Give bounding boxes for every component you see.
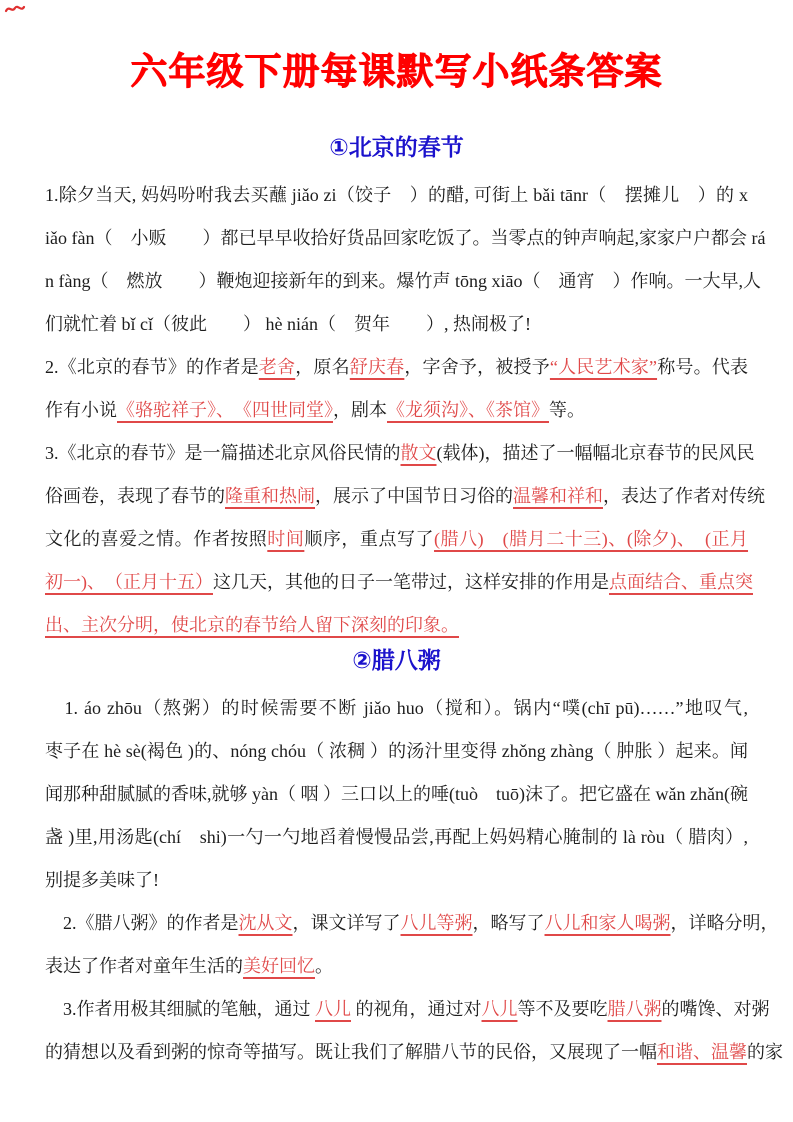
text-line: 3.《北京的春节》是一篇描述北京风俗民情的散文(载体)，描述了一幅幅北京春节的民… bbox=[45, 432, 748, 475]
text-line: 别提多美味了! bbox=[45, 859, 748, 902]
text-line: 出、主次分明，使北京的春节给人留下深刻的印象。 bbox=[45, 604, 748, 647]
body-text: ，略写了 bbox=[473, 913, 545, 933]
answer-text: 八儿和家人喝粥 bbox=[545, 913, 671, 933]
text-line: 表达了作者对童年生活的美好回忆。 bbox=[45, 945, 748, 988]
body-text: 俗画卷，表现了春节的 bbox=[45, 486, 225, 506]
answer-text: 隆重和热闹 bbox=[225, 486, 315, 506]
body-text: 的猜想以及看到粥的惊奇等描写。既让我们了解腊八节的民俗，又展现了一幅 bbox=[45, 1042, 657, 1062]
section-heading: ①北京的春节 bbox=[45, 134, 748, 160]
body-text: n fàng（ 燃放 ）鞭炮迎接新年的到来。爆竹声 tōng xiāo（ 通宵 … bbox=[45, 271, 761, 291]
answer-text: 八儿 bbox=[482, 999, 518, 1019]
body-text: 等不及要吃 bbox=[518, 999, 608, 1019]
body-text: ，字舍予，被授予 bbox=[404, 357, 550, 377]
text-line: 闻那种甜腻腻的香味,就够 yàn（ 咽 ）三口以上的唾(tuò tuō)沫了。把… bbox=[45, 773, 748, 816]
body-text: 称号。代表 bbox=[657, 357, 748, 377]
text-line: 文化的喜爱之情。作者按照时间顺序，重点写了(腊八) (腊月二十三)、(除夕)、 … bbox=[45, 518, 748, 561]
paragraph: 2.《腊八粥》的作者是沈从文，课文详写了八儿等粥，略写了八儿和家人喝粥，详略分明… bbox=[45, 902, 748, 988]
answer-text: 《骆驼祥子》、 《四世同堂》 bbox=[117, 400, 333, 420]
body-text: 们就忙着 bǐ cǐ（彼此 ） hè nián（ 贺年 ）, 热闹极了! bbox=[45, 314, 531, 334]
answer-text: 温馨和祥和 bbox=[513, 486, 603, 506]
section-heading: ②腊八粥 bbox=[45, 647, 748, 673]
body-text: 的嘴馋、对粥 bbox=[662, 999, 770, 1019]
paragraph: 1.除夕当天, 妈妈吩咐我去买蘸 jiǎo zi（饺子 ）的醋, 可街上 bǎi… bbox=[45, 174, 748, 346]
body-text: 的视角，通过对 bbox=[351, 999, 482, 1019]
paragraph: 1. áo zhōu（熬粥）的时候需要不断 jiǎo huo（搅和）。锅内“噗(… bbox=[45, 687, 748, 902]
paragraph: 3.《北京的春节》是一篇描述北京风俗民情的散文(载体)，描述了一幅幅北京春节的民… bbox=[45, 432, 748, 647]
red-scribble-mark bbox=[4, 2, 26, 16]
answer-text: 腊八粥 bbox=[608, 999, 662, 1019]
text-line: 初一)、 （正月十五）这几天，其他的日子一笔带过，这样安排的作用是点面结合、重点… bbox=[45, 561, 748, 604]
body-text: 2.《腊八粥》的作者是 bbox=[45, 913, 239, 933]
body-text: ，原名 bbox=[295, 357, 350, 377]
body-text: 表达了作者对童年生活的 bbox=[45, 956, 243, 976]
paragraph: 2.《北京的春节》的作者是老舍，原名舒庆春，字舍予，被授予“人民艺术家”称号。代… bbox=[45, 346, 748, 432]
answer-text: (腊八) (腊月二十三)、(除夕)、 (正月 bbox=[434, 529, 748, 549]
body-text: 文化的喜爱之情。作者按照 bbox=[45, 529, 267, 549]
answer-text: 八儿等粥 bbox=[401, 913, 473, 933]
body-text: iǎo fàn（ 小贩 ）都已早早收拾好货品回家吃饭了。当零点的钟声响起,家家户… bbox=[45, 228, 765, 248]
text-line: 2.《北京的春节》的作者是老舍，原名舒庆春，字舍予，被授予“人民艺术家”称号。代… bbox=[45, 346, 748, 389]
text-line: 2.《腊八粥》的作者是沈从文，课文详写了八儿等粥，略写了八儿和家人喝粥，详略分明… bbox=[45, 902, 748, 945]
body-text: 。 bbox=[315, 956, 333, 976]
text-line: 作有小说《骆驼祥子》、 《四世同堂》，剧本《龙须沟》、《茶馆》等。 bbox=[45, 389, 748, 432]
text-line: 的猜想以及看到粥的惊奇等描写。既让我们了解腊八节的民俗，又展现了一幅和谐、温馨的… bbox=[45, 1031, 748, 1074]
answer-text: 八儿 bbox=[315, 999, 351, 1019]
body-text: ，课文详写了 bbox=[293, 913, 401, 933]
body-text: 盏 )里,用汤匙(chí shi)一勺一勺地舀着慢慢品尝,再配上妈妈精心腌制的 … bbox=[45, 827, 748, 847]
text-line: 盏 )里,用汤匙(chí shi)一勺一勺地舀着慢慢品尝,再配上妈妈精心腌制的 … bbox=[45, 816, 748, 859]
text-line: 枣子在 hè sè(褐色 )的、nóng chóu（ 浓稠 ）的汤汁里变得 zh… bbox=[45, 730, 748, 773]
answer-text: 初一)、 （正月十五） bbox=[45, 572, 213, 592]
body-text: 作有小说 bbox=[45, 400, 117, 420]
answer-text: 点面结合、重点突 bbox=[609, 572, 753, 592]
answer-text: 时间 bbox=[267, 529, 304, 549]
answer-text: 和谐、温馨 bbox=[657, 1042, 747, 1062]
answer-text: 《龙须沟》、《茶馆》 bbox=[387, 400, 549, 420]
body-text: ，表达了作者对传统 bbox=[603, 486, 765, 506]
text-line: 1. áo zhōu（熬粥）的时候需要不断 jiǎo huo（搅和）。锅内“噗(… bbox=[45, 687, 748, 730]
paragraph: 3.作者用极其细腻的笔触，通过 八儿 的视角，通过对八儿等不及要吃腊八粥的嘴馋、… bbox=[45, 988, 748, 1074]
answer-text: 沈从文 bbox=[239, 913, 293, 933]
body-text: 1. áo zhōu（熬粥）的时候需要不断 jiǎo huo（搅和）。锅内“噗(… bbox=[45, 698, 748, 718]
body-text: 这几天，其他的日子一笔带过，这样安排的作用是 bbox=[213, 572, 609, 592]
body-text: (载体)，描述了一幅幅北京春节的民风民 bbox=[437, 443, 755, 463]
answer-text: 散文 bbox=[401, 443, 437, 463]
body-text: 顺序，重点写了 bbox=[304, 529, 434, 549]
answer-text: “人民艺术家” bbox=[550, 357, 657, 377]
body-text: 3.作者用极其细腻的笔触，通过 bbox=[45, 999, 315, 1019]
text-line: 俗画卷，表现了春节的隆重和热闹，展示了中国节日习俗的温馨和祥和，表达了作者对传统 bbox=[45, 475, 748, 518]
body-text: ，剧本 bbox=[333, 400, 387, 420]
document-page: 六年级下册每课默写小纸条答案 ①北京的春节1.除夕当天, 妈妈吩咐我去买蘸 ji… bbox=[0, 0, 793, 1122]
body-text: ，展示了中国节日习俗的 bbox=[315, 486, 513, 506]
body-text: 枣子在 hè sè(褐色 )的、nóng chóu（ 浓稠 ）的汤汁里变得 zh… bbox=[45, 741, 748, 761]
text-line: 们就忙着 bǐ cǐ（彼此 ） hè nián（ 贺年 ）, 热闹极了! bbox=[45, 303, 748, 346]
text-line: n fàng（ 燃放 ）鞭炮迎接新年的到来。爆竹声 tōng xiāo（ 通宵 … bbox=[45, 260, 748, 303]
text-line: iǎo fàn（ 小贩 ）都已早早收拾好货品回家吃饭了。当零点的钟声响起,家家户… bbox=[45, 217, 748, 260]
body-text: 等。 bbox=[549, 400, 585, 420]
answer-text: 美好回忆 bbox=[243, 956, 315, 976]
body-text: 1.除夕当天, 妈妈吩咐我去买蘸 jiǎo zi（饺子 ）的醋, 可街上 bǎi… bbox=[45, 185, 748, 205]
body-text: 别提多美味了! bbox=[45, 870, 159, 890]
body-text: 的家 bbox=[747, 1042, 783, 1062]
page-title: 六年级下册每课默写小纸条答案 bbox=[45, 50, 748, 94]
text-line: 3.作者用极其细腻的笔触，通过 八儿 的视角，通过对八儿等不及要吃腊八粥的嘴馋、… bbox=[45, 988, 748, 1031]
answer-text: 出、主次分明，使北京的春节给人留下深刻的印象。 bbox=[45, 615, 459, 635]
body-text: ，详略分明， bbox=[671, 913, 779, 933]
answer-text: 老舍 bbox=[259, 357, 295, 377]
document-body: ①北京的春节1.除夕当天, 妈妈吩咐我去买蘸 jiǎo zi（饺子 ）的醋, 可… bbox=[45, 134, 748, 1074]
answer-text: 舒庆春 bbox=[350, 357, 405, 377]
text-line: 1.除夕当天, 妈妈吩咐我去买蘸 jiǎo zi（饺子 ）的醋, 可街上 bǎi… bbox=[45, 174, 748, 217]
body-text: 闻那种甜腻腻的香味,就够 yàn（ 咽 ）三口以上的唾(tuò tuō)沫了。把… bbox=[45, 784, 748, 804]
body-text: 2.《北京的春节》的作者是 bbox=[45, 357, 259, 377]
body-text: 3.《北京的春节》是一篇描述北京风俗民情的 bbox=[45, 443, 401, 463]
